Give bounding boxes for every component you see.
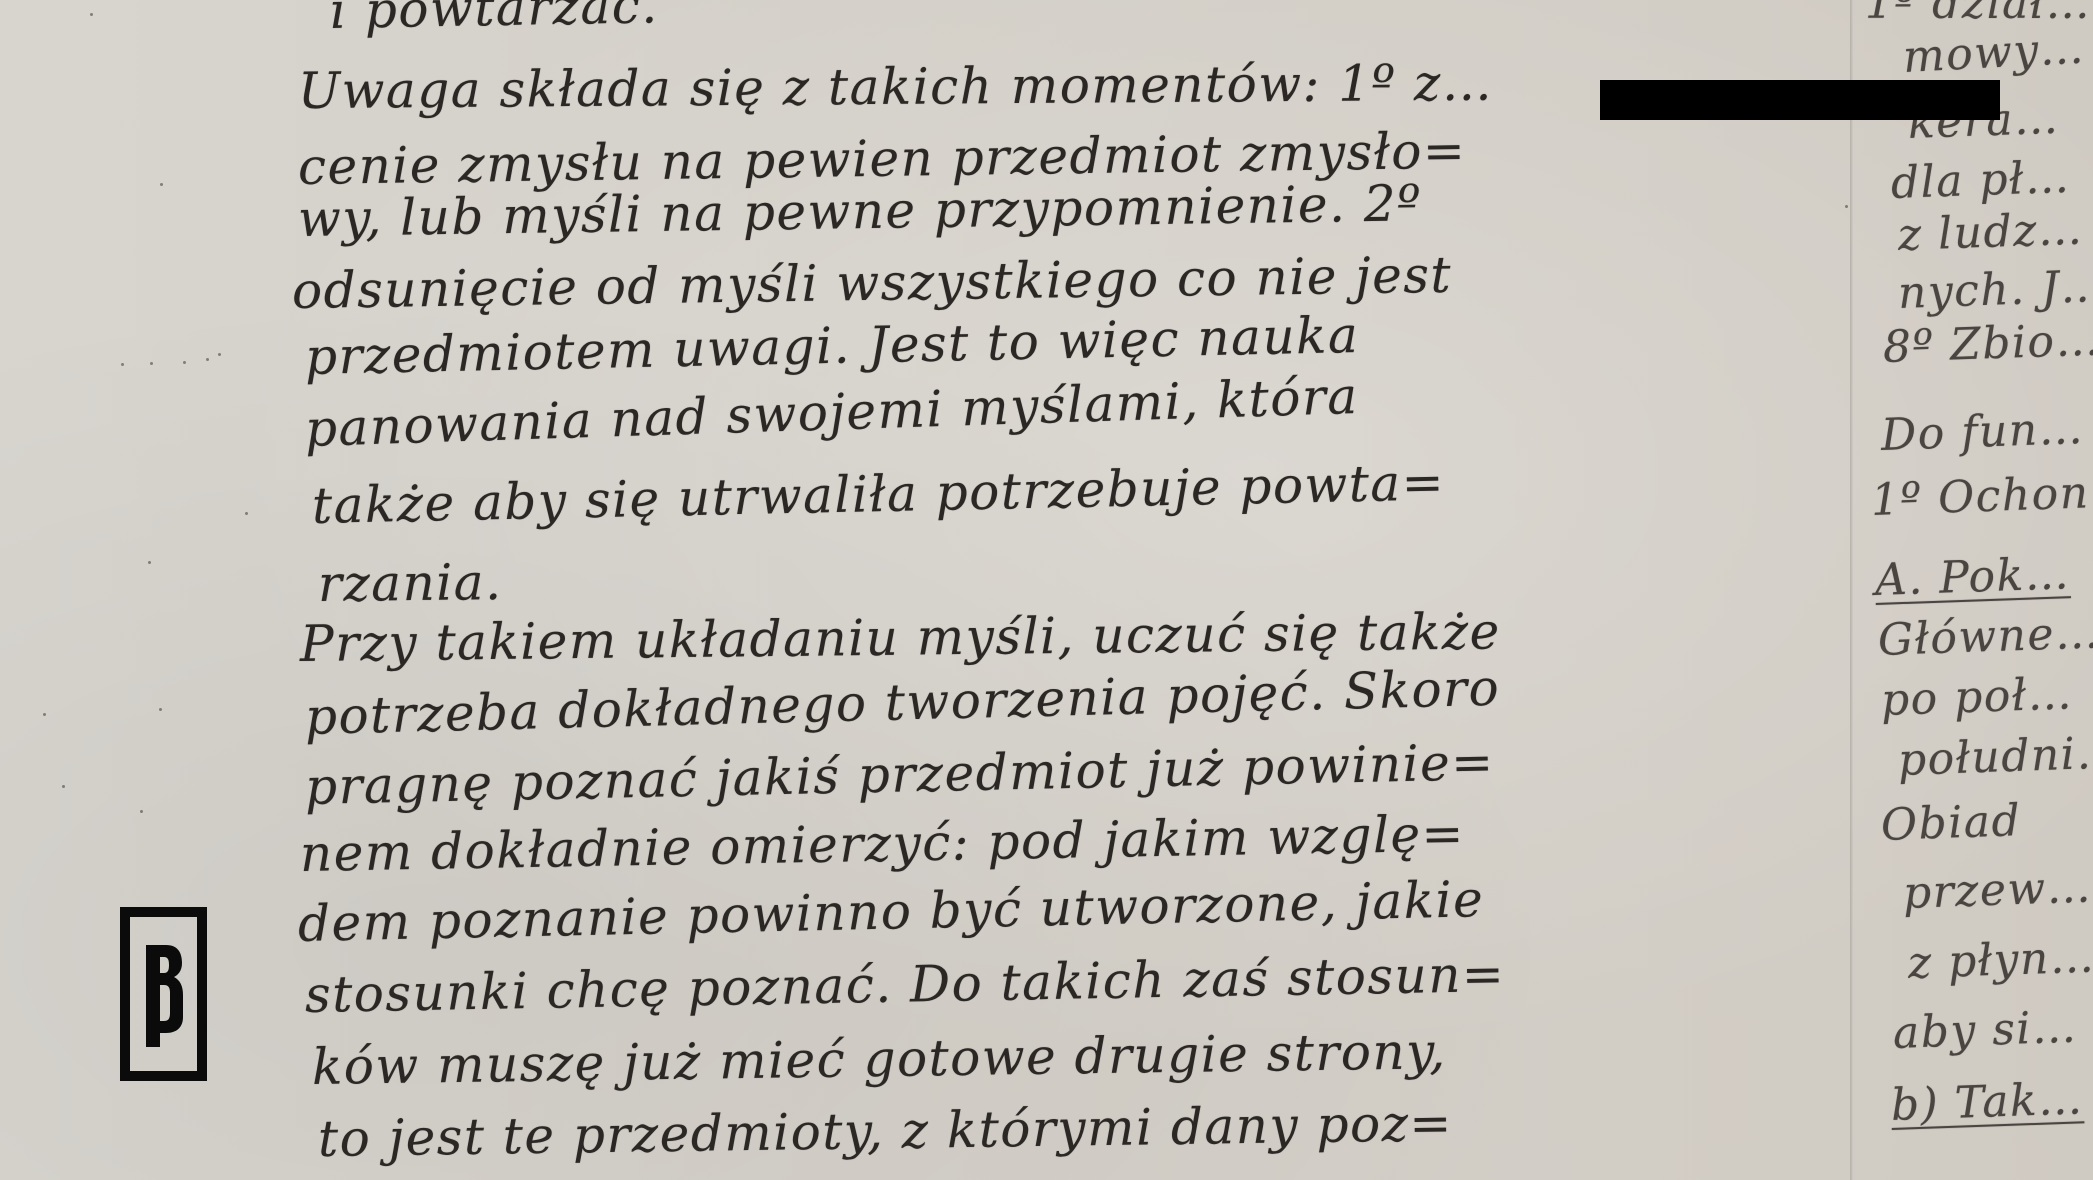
text-line: aby si…: [1892, 1002, 2078, 1059]
redaction-bar: [1600, 80, 2000, 120]
text-line: z ludz…: [1897, 204, 2084, 261]
text-line: mowy…: [1902, 22, 2087, 82]
side-page-text: 1º dział… mowy… kera… dla pł… z ludz… ny…: [1853, 0, 2093, 1180]
text-line: Obiad: [1880, 795, 2022, 851]
text-line-heading: A. Pok…: [1874, 548, 2071, 606]
text-line: 1º Ochon…: [1870, 466, 2093, 526]
logo-b-monogram-icon: [142, 939, 186, 1051]
text-line: 8º Zbio…: [1882, 314, 2093, 373]
text-line: Główne…: [1877, 607, 2093, 666]
text-line: po poł…: [1880, 668, 2074, 726]
text-line: z płyn…: [1907, 931, 2093, 989]
text-line: Do fun…: [1880, 403, 2085, 461]
text-line-heading: b) Tak…: [1890, 1073, 2084, 1131]
text-line: przew…: [1902, 861, 2093, 919]
text-line: rzania.: [318, 553, 503, 613]
text-line: Uwaga składa się z takich momentów: 1º z…: [298, 54, 1494, 120]
text-line: nych. J…: [1897, 261, 2093, 319]
text-line: i powtarzać.: [329, 0, 659, 40]
brand-logo: [120, 907, 207, 1081]
text-line: dla pł…: [1890, 152, 2071, 209]
text-line: południ…: [1897, 727, 2093, 786]
